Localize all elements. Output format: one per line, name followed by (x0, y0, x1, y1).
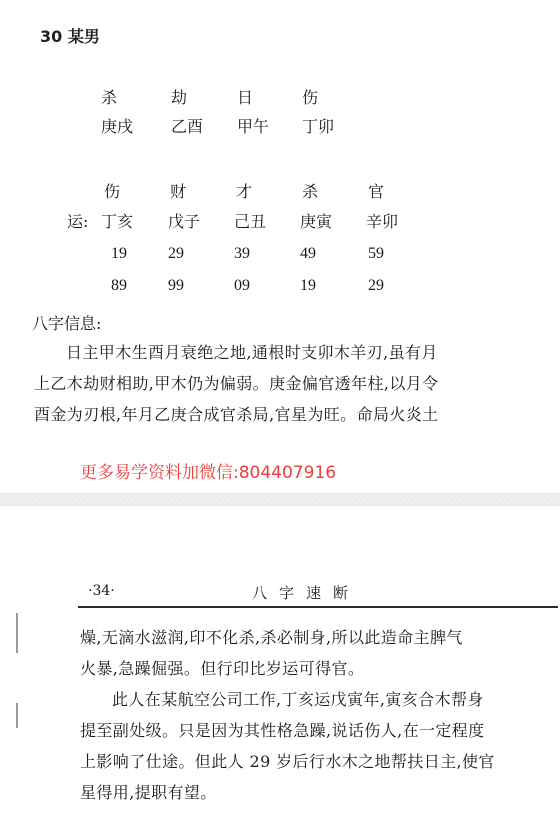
luck-ten-god: 官 (368, 182, 384, 202)
natal-ten-god: 伤 (302, 88, 318, 108)
luck-pillar: 戊子 (168, 212, 200, 232)
natal-pillar: 庚戌 (101, 117, 133, 137)
paragraph-line: 火暴,急躁倔强。但行印比岁运可得官。 (80, 653, 550, 684)
luck-start-age: 49 (300, 245, 316, 263)
luck-year: 19 (300, 277, 316, 295)
luck-ten-god: 才 (236, 182, 252, 202)
luck-ten-god: 伤 (104, 182, 120, 202)
luck-ten-god: 杀 (302, 182, 318, 202)
luck-pillar: 丁亥 (101, 212, 133, 232)
natal-pillar: 丁卯 (302, 117, 334, 137)
luck-pillar: 辛卯 (366, 212, 398, 232)
case-title: 30 某男 (40, 24, 100, 47)
luck-pillar: 庚寅 (300, 212, 332, 232)
luck-start-age: 19 (111, 245, 127, 263)
paragraph-line: 酉金为刃根,年月乙庚合成官杀局,官星为旺。命局火炎土 (34, 399, 524, 430)
paragraph-line: 提至副处级。只是因为其性格急躁,说话伤人,在一定程度 (80, 715, 550, 746)
paragraph-line: 星得用,提职有望。 (80, 777, 550, 808)
luck-pillar: 己丑 (234, 212, 266, 232)
luck-year: 09 (234, 277, 250, 295)
paragraph-line: 燥,无滴水滋润,印不化杀,杀必制身,所以此造命主脾气 (80, 622, 550, 653)
scan-margin-mark (16, 703, 18, 728)
watermark-text: 更多易学资料加微信:804407916 (80, 458, 336, 483)
paragraph-line: 上影响了仕途。但此人 29 岁后行水木之地帮扶日主,使官 (80, 746, 550, 777)
running-header: 八字速断 (252, 582, 360, 603)
luck-start-age: 29 (168, 245, 184, 263)
luck-label: 运: (67, 212, 88, 232)
paragraph-line: 上乙木劫财相助,甲木仍为偏弱。庚金偏官透年柱,以月令 (34, 368, 524, 399)
luck-year: 99 (168, 277, 184, 295)
luck-year: 29 (368, 277, 384, 295)
page-number: ·34· (88, 583, 115, 599)
paragraph-line: 此人在某航空公司工作,丁亥运戊寅年,寅亥合木帮身 (80, 684, 550, 715)
paragraph-line: 日主甲木生酉月衰绝之地,通根时支卯木羊刃,虽有月 (34, 337, 524, 368)
natal-ten-god: 劫 (171, 88, 187, 108)
natal-pillar: 甲午 (237, 117, 269, 137)
natal-pillar: 乙酉 (171, 117, 203, 137)
paragraph: 此人在某航空公司工作,丁亥运戊寅年,寅亥合木帮身 提至副处级。只是因为其性格急躁… (80, 684, 550, 808)
header-rule (78, 606, 558, 608)
scan-margin-mark (16, 613, 18, 653)
analysis-paragraph: 日主甲木生酉月衰绝之地,通根时支卯木羊刃,虽有月 上乙木劫财相助,甲木仍为偏弱。… (34, 337, 524, 430)
page-separator (0, 493, 560, 506)
luck-year: 89 (111, 277, 127, 295)
natal-ten-god: 日 (237, 88, 253, 108)
luck-ten-god: 财 (170, 182, 186, 202)
section-label: 八字信息: (32, 311, 101, 334)
paragraph: 燥,无滴水滋润,印不化杀,杀必制身,所以此造命主脾气 火暴,急躁倔强。但行印比岁… (80, 622, 550, 684)
natal-ten-god: 杀 (101, 88, 117, 108)
luck-start-age: 39 (234, 245, 250, 263)
luck-start-age: 59 (368, 245, 384, 263)
